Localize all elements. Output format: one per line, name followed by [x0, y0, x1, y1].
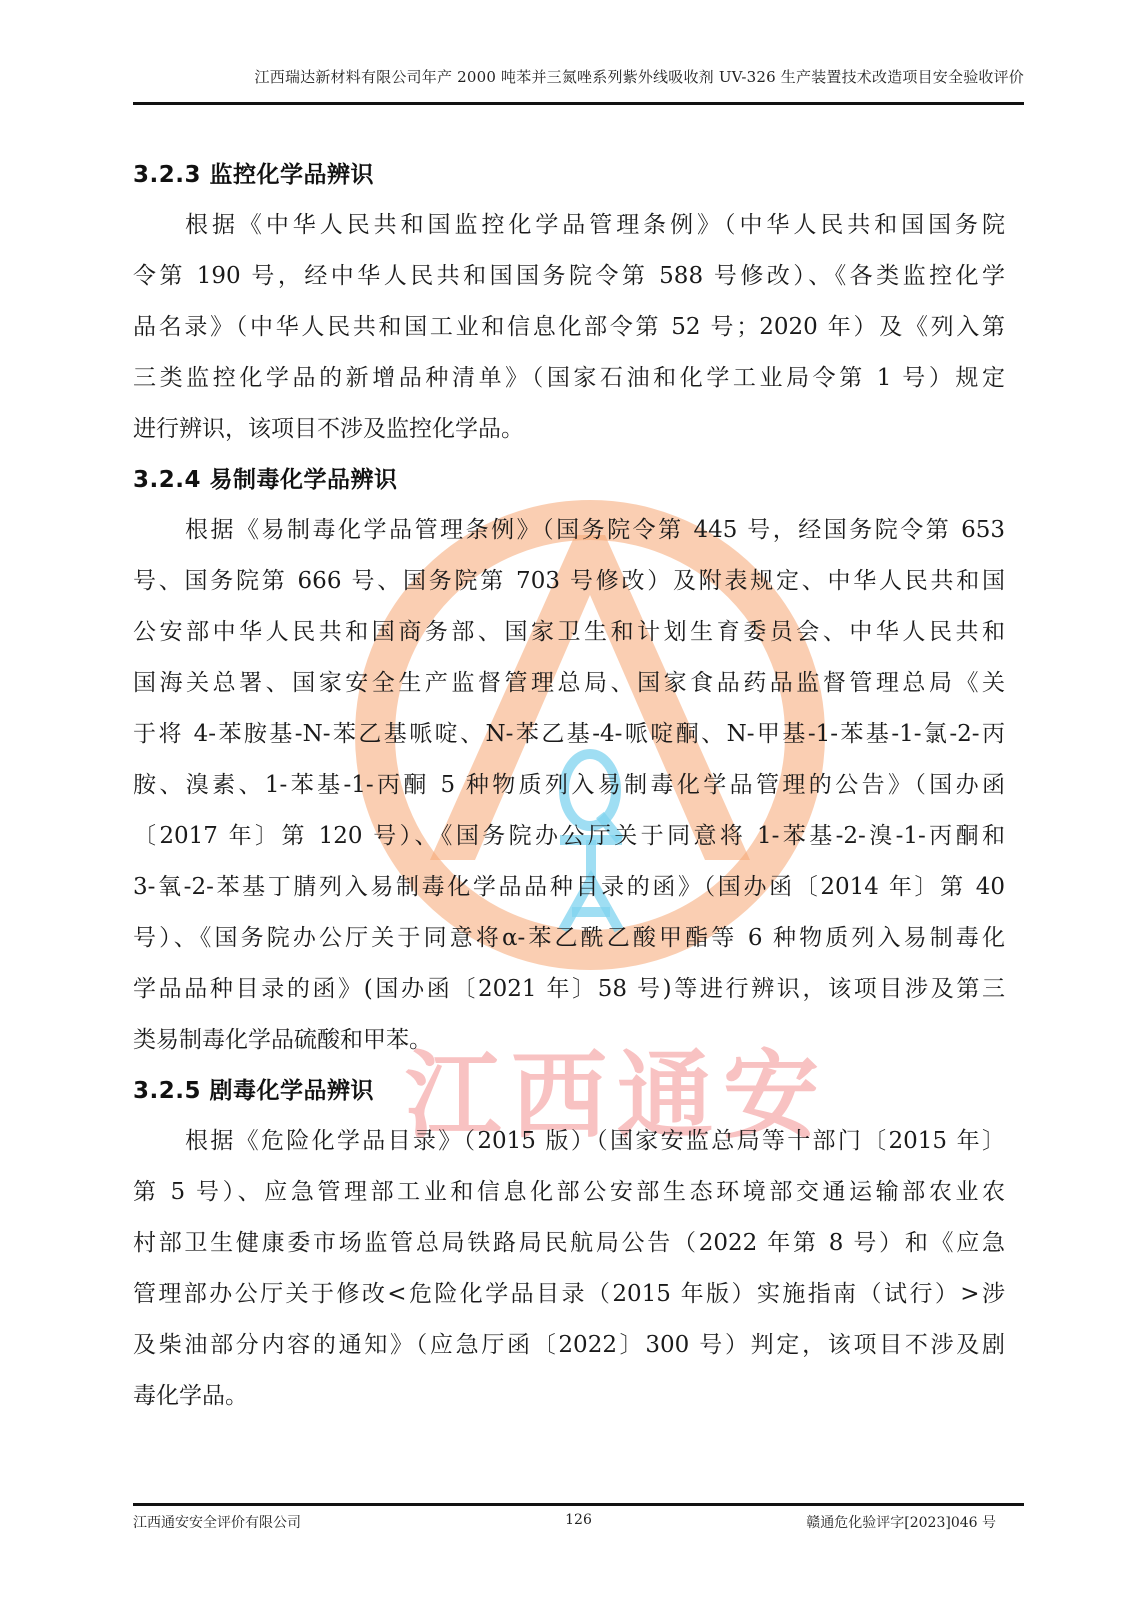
text-line: 根据《易制毒化学品管理条例》（国务院令第 445 号，经国务院令第 653 [133, 505, 1005, 556]
document-page: 江西瑞达新材料有限公司年产 2000 吨苯并三氮唑系列紫外线吸收剂 UV-326… [0, 0, 1131, 1600]
text-line: 品名录》（中华人民共和国工业和信息化部令第 52 号；2020 年）及《列入第 [133, 302, 1005, 353]
document-body: 3.2.3 监控化学品辨识 根据《中华人民共和国监控化学品管理条例》（中华人民共… [133, 150, 1005, 1422]
footer-company: 江西通安安全评价有限公司 [133, 1512, 301, 1532]
text-line: 学品品种目录的函》(国办函〔2021 年〕58 号)等进行辨识，该项目涉及第三 [133, 964, 1005, 1015]
page-footer: 江西通安安全评价有限公司 126 赣通危化验评字[2023]046 号 [133, 1512, 1024, 1532]
document-number: 赣通危化验评字[2023]046 号 [806, 1512, 996, 1532]
text-line: 号、国务院第 666 号、国务院第 703 号修改）及附表规定、中华人民共和国 [133, 556, 1005, 607]
section-heading-3-2-4: 3.2.4 易制毒化学品辨识 [133, 455, 1005, 505]
text-line: 3-氧-2-苯基丁腈列入易制毒化学品品种目录的函》（国办函〔2014 年〕第 4… [133, 862, 1005, 913]
text-line: 根据《危险化学品目录》（2015 版）（国家安监总局等十部门〔2015 年〕 [133, 1116, 1005, 1167]
page-number: 126 [565, 1512, 592, 1528]
text-line: 及柴油部分内容的通知》（应急厅函〔2022〕300 号）判定，该项目不涉及剧 [133, 1320, 1005, 1371]
section-paragraph-3-2-5: 根据《危险化学品目录》（2015 版）（国家安监总局等十部门〔2015 年〕 第… [133, 1116, 1005, 1422]
running-header: 江西瑞达新材料有限公司年产 2000 吨苯并三氮唑系列紫外线吸收剂 UV-326… [133, 66, 1024, 87]
text-line: 令第 190 号，经中华人民共和国国务院令第 588 号修改）、《各类监控化学 [133, 251, 1005, 302]
text-line: 公安部中华人民共和国商务部、国家卫生和计划生育委员会、中华人民共和 [133, 607, 1005, 658]
section-heading-3-2-5: 3.2.5 剧毒化学品辨识 [133, 1066, 1005, 1116]
text-line: 管理部办公厅关于修改<危险化学品目录（2015 年版）实施指南（试行）>涉 [133, 1269, 1005, 1320]
text-line: 类易制毒化学品硫酸和甲苯。 [133, 1015, 1005, 1066]
text-line: 胺、溴素、1-苯基-1-丙酮 5 种物质列入易制毒化学品管理的公告》（国办函 [133, 760, 1005, 811]
section-heading-3-2-3: 3.2.3 监控化学品辨识 [133, 150, 1005, 200]
section-paragraph-3-2-3: 根据《中华人民共和国监控化学品管理条例》（中华人民共和国国务院 令第 190 号… [133, 200, 1005, 455]
section-paragraph-3-2-4: 根据《易制毒化学品管理条例》（国务院令第 445 号，经国务院令第 653 号、… [133, 505, 1005, 1066]
text-line: 进行辨识，该项目不涉及监控化学品。 [133, 404, 1005, 455]
text-line: 第 5 号）、应急管理部工业和信息化部公安部生态环境部交通运输部农业农 [133, 1167, 1005, 1218]
text-line: 根据《中华人民共和国监控化学品管理条例》（中华人民共和国国务院 [133, 200, 1005, 251]
text-line: 国海关总署、国家安全生产监督管理总局、国家食品药品监督管理总局《关 [133, 658, 1005, 709]
text-line: 村部卫生健康委市场监管总局铁路局民航局公告（2022 年第 8 号）和《应急 [133, 1218, 1005, 1269]
text-line: 于将 4-苯胺基-N-苯乙基哌啶、N-苯乙基-4-哌啶酮、N-甲基-1-苯基-1… [133, 709, 1005, 760]
text-line: 毒化学品。 [133, 1371, 1005, 1422]
footer-rule [133, 1503, 1024, 1506]
text-line: 号）、《国务院办公厅关于同意将α-苯乙酰乙酸甲酯等 6 种物质列入易制毒化 [133, 913, 1005, 964]
header-rule [133, 102, 1024, 105]
text-line: 〔2017 年〕第 120 号）、《国务院办公厅关于同意将 1-苯基-2-溴-1… [133, 811, 1005, 862]
text-line: 三类监控化学品的新增品种清单》（国家石油和化学工业局令第 1 号）规定 [133, 353, 1005, 404]
